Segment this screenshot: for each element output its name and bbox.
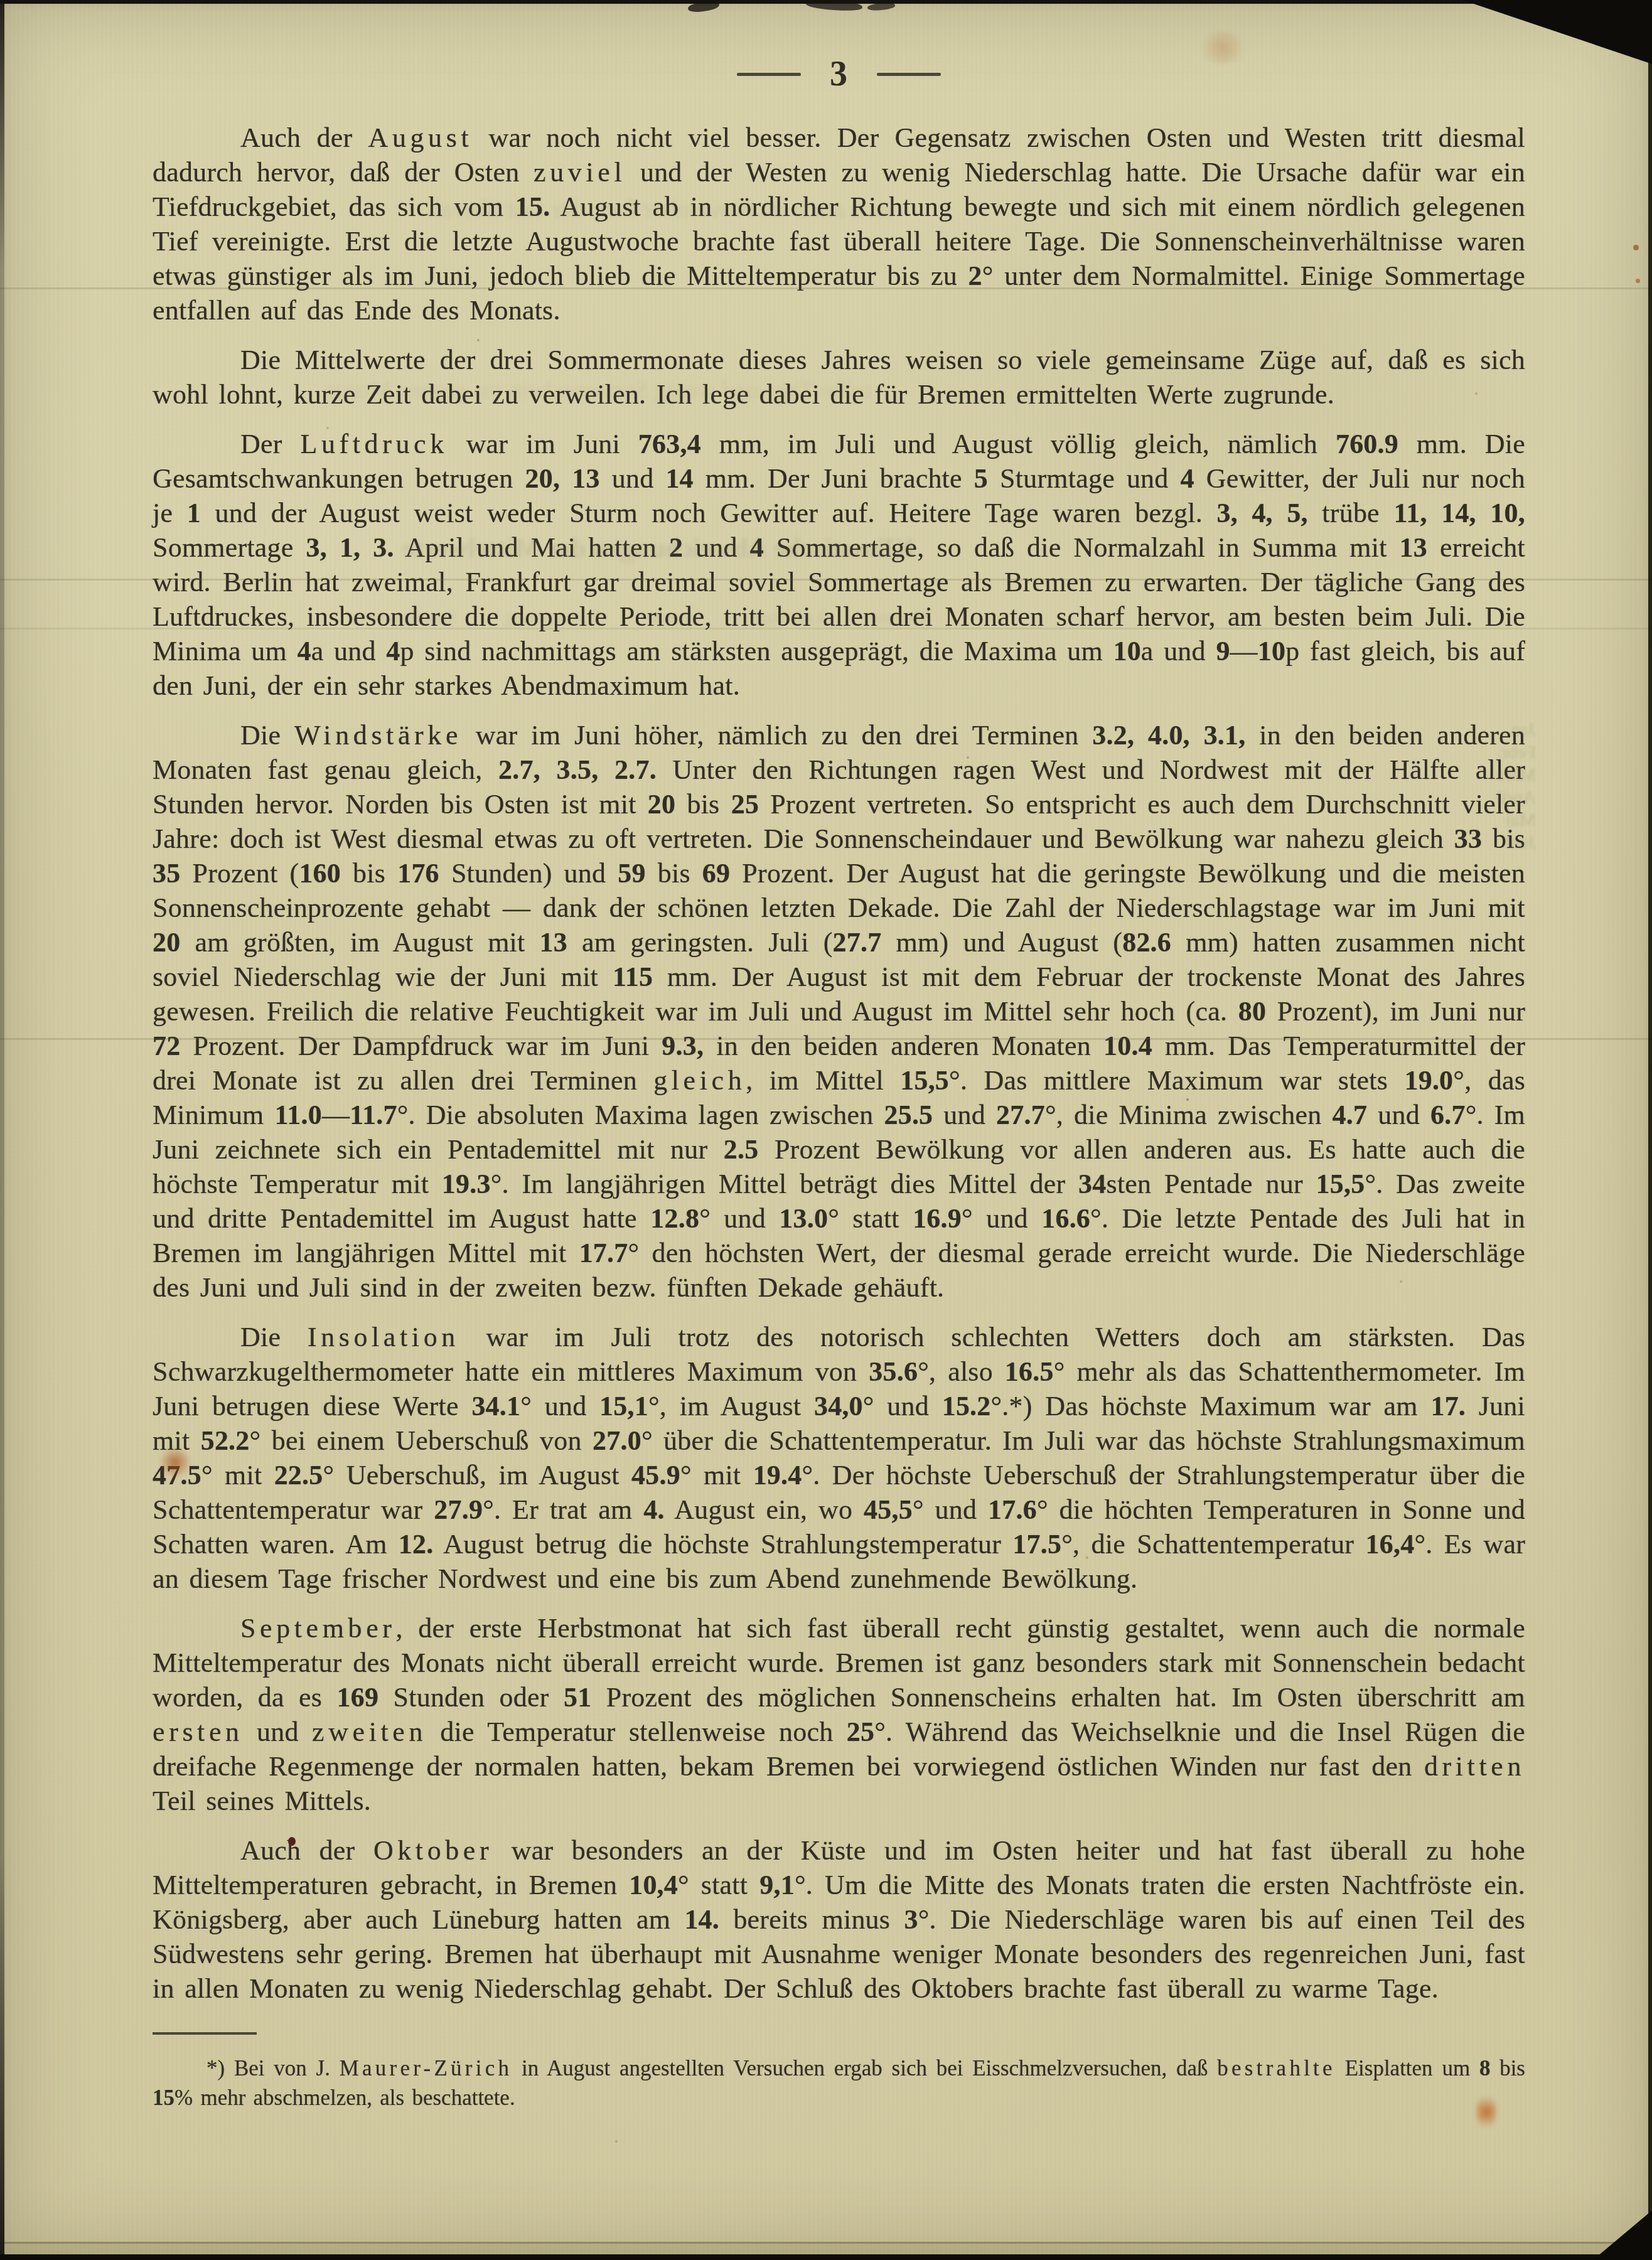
footnote: *) Bei von J. Maurer-Zürich in August an… — [153, 2054, 1525, 2113]
scan-border-right — [1648, 56, 1652, 2260]
ink-smudge — [687, 0, 720, 13]
scan-border-bottom — [0, 2254, 1652, 2260]
ink-smudge — [867, 2, 896, 11]
paper-bottom-edge — [0, 2242, 1652, 2244]
paragraph: Auch der Oktober war besonders an der Kü… — [153, 1833, 1525, 2006]
paragraph: Die Insolation war im Juli trotz des not… — [153, 1320, 1525, 1596]
page-number: 3 — [830, 54, 848, 94]
ink-smudge — [806, 0, 863, 12]
scan-border-left — [0, 0, 4, 2260]
scan-border-top — [0, 0, 1652, 4]
text-block: Auch der August war noch nicht viel bess… — [153, 120, 1525, 2006]
footnote-separator — [153, 2032, 257, 2035]
paragraph: Die Mittelwerte der drei Sommermonate di… — [153, 343, 1525, 412]
paragraph: Auch der August war noch nicht viel bess… — [153, 120, 1525, 328]
page-header: 3 — [153, 55, 1525, 93]
scan-corner-bottom-right — [1593, 2210, 1652, 2260]
paragraph: September, der erste Herbstmonat hat sic… — [153, 1611, 1525, 1818]
header-rule-left — [737, 73, 801, 76]
paper-bottom-shadow — [0, 2244, 1652, 2256]
paragraph: Der Luftdruck war im Juni 763,4 mm, im J… — [153, 427, 1525, 703]
scanned-document-page: Klimatische Abweichungen der Mittelwerte… — [0, 0, 1652, 2260]
paper-speck — [1633, 245, 1639, 250]
scan-corner-top-right — [1462, 0, 1652, 64]
paragraph: Die Windstärke war im Juni höher, nämlic… — [153, 718, 1525, 1305]
footnote-text: *) Bei von J. Maurer-Zürich in August an… — [153, 2054, 1525, 2113]
header-rule-right — [877, 73, 941, 76]
paper-speck — [1636, 279, 1640, 283]
